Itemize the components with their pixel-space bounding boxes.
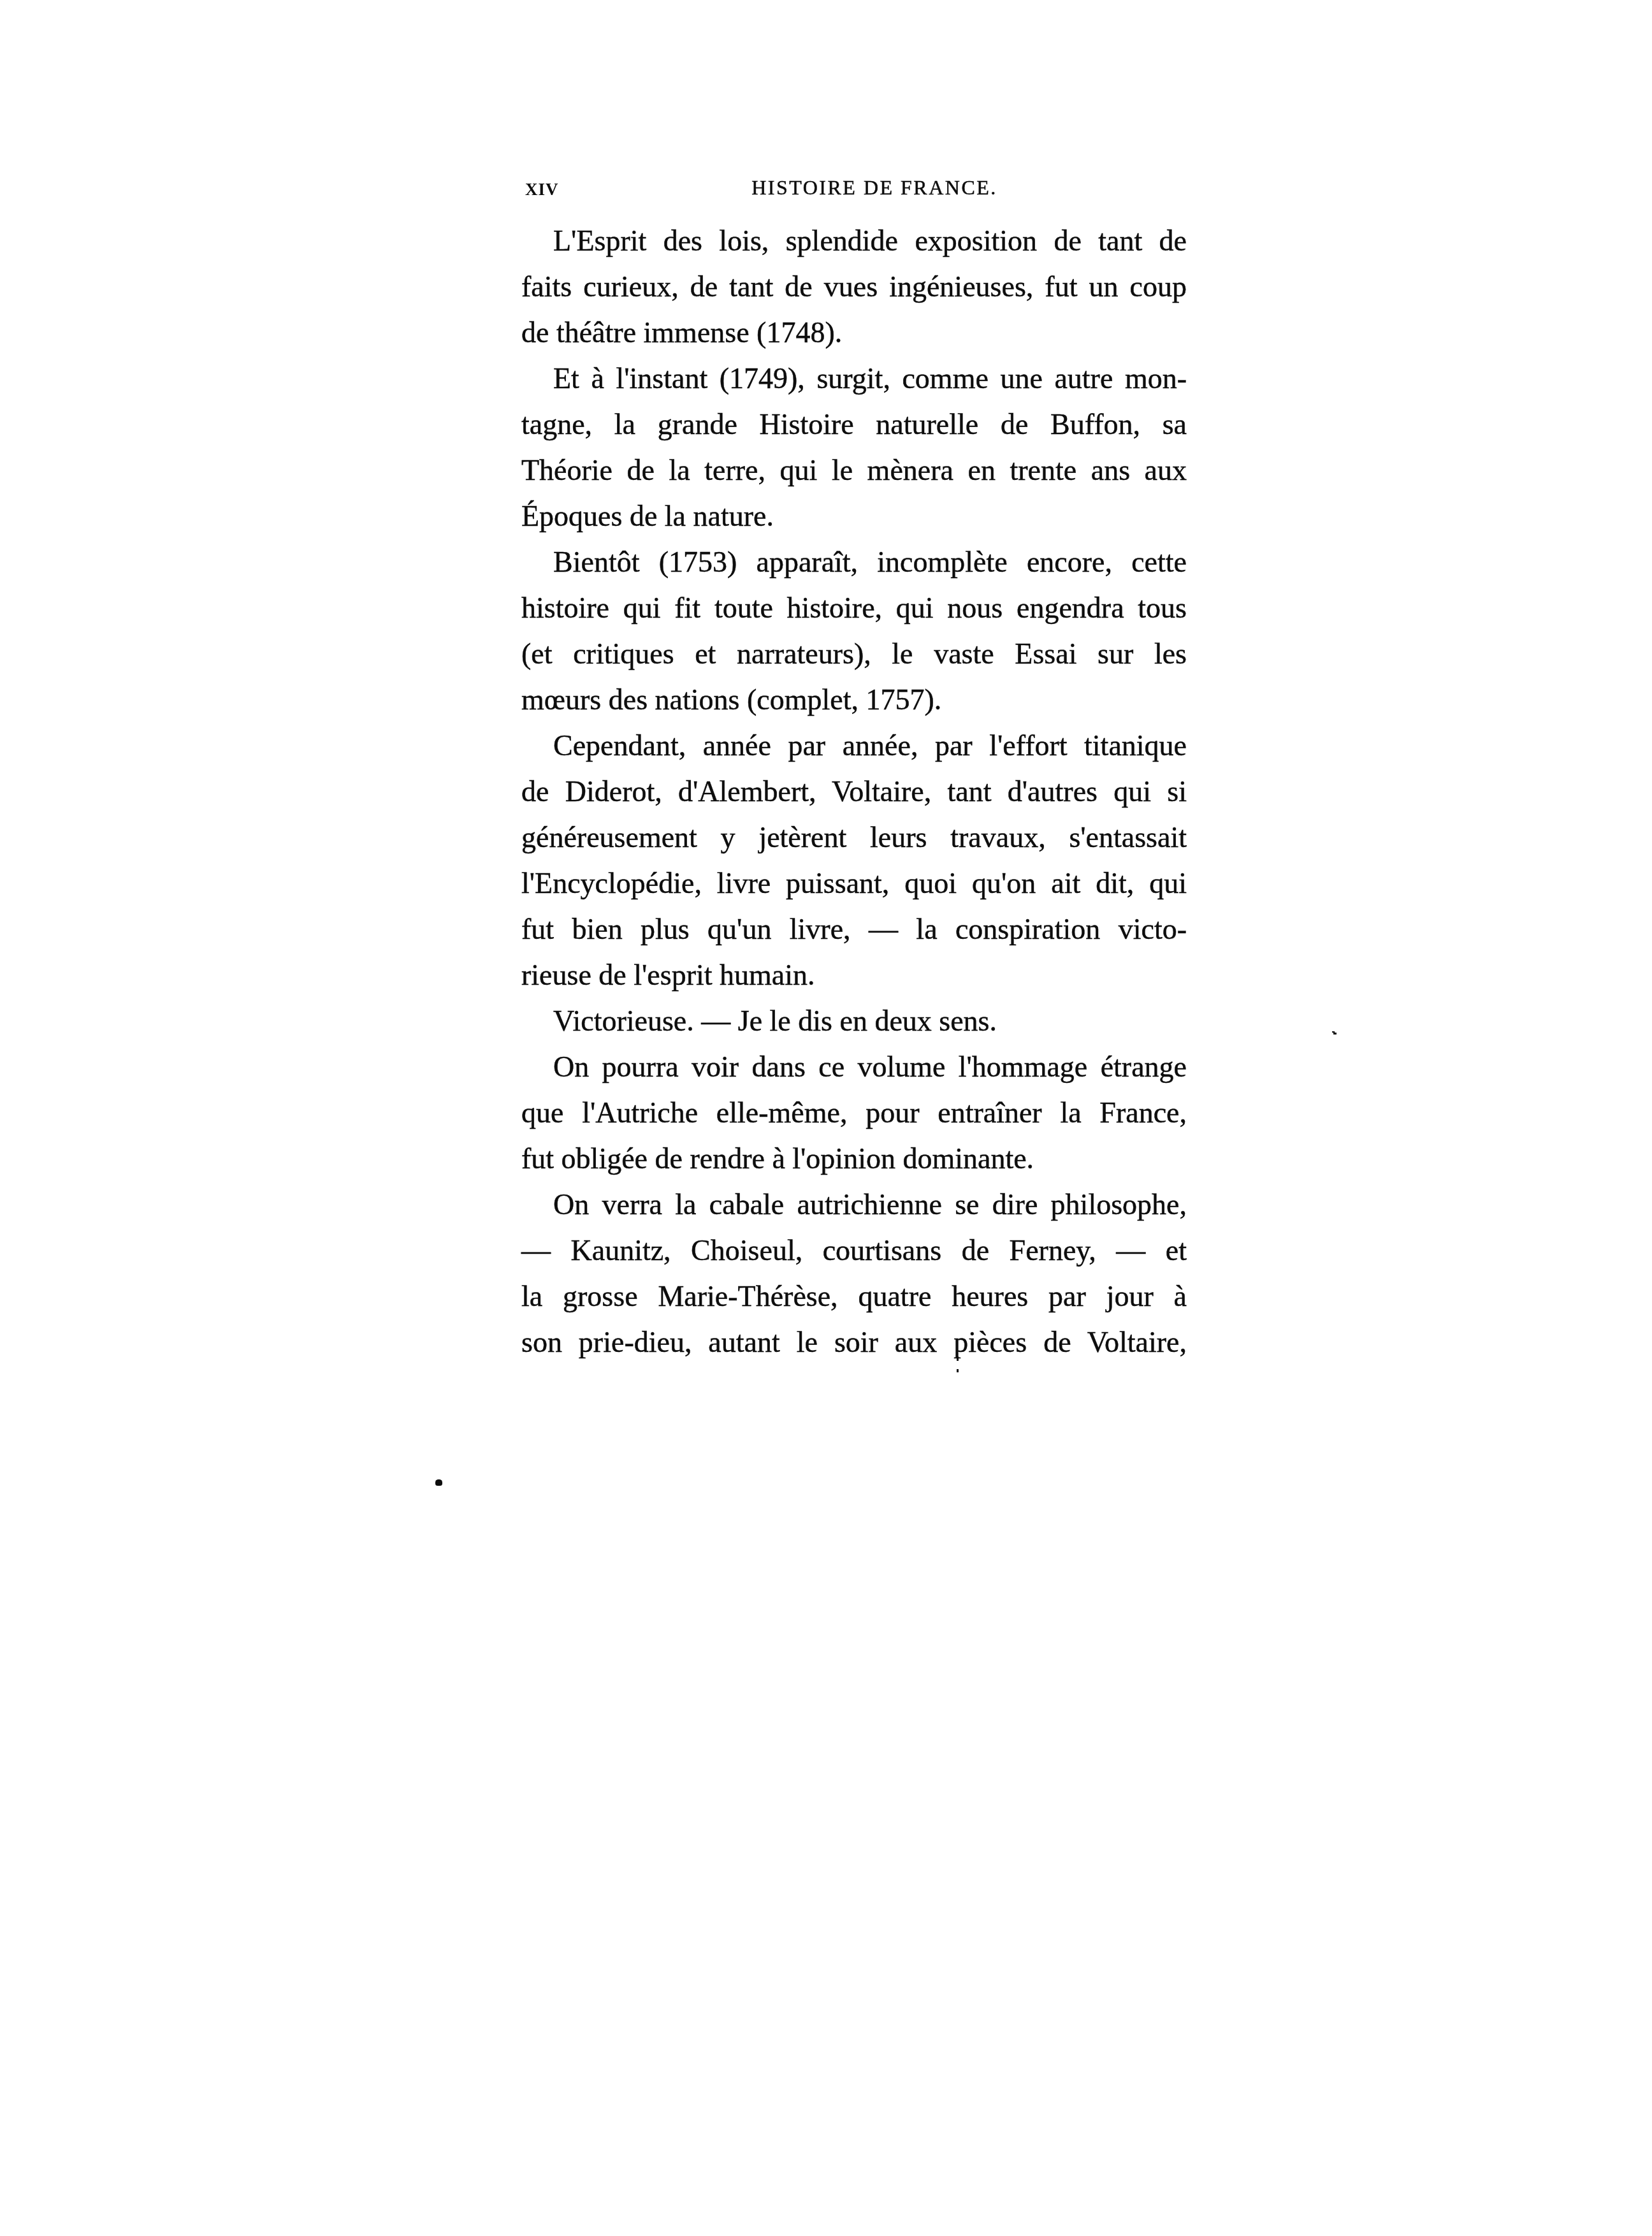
text-line: Victorieuse. — Je le dis en deux sens. [521, 998, 1187, 1044]
paragraph: Bientôt (1753) apparaît, incomplète enco… [521, 539, 1187, 723]
ink-speck [957, 1369, 959, 1372]
running-header: XIV HISTOIRE DE FRANCE. [521, 176, 1187, 201]
text-line: fut bien plus qu'un livre, — la conspira… [521, 906, 1187, 952]
text-line: L'Esprit des lois, splendide exposition … [521, 218, 1187, 264]
text-line: faits curieux, de tant de vues ingénieus… [521, 264, 1187, 310]
text-line: l'Encyclopédie, livre puissant, quoi qu'… [521, 860, 1187, 906]
paragraph: On verra la cabale autrichienne se dire … [521, 1182, 1187, 1365]
text-line: Théorie de la terre, qui le mènera en tr… [521, 447, 1187, 493]
ink-speck [957, 1356, 959, 1361]
body-text: L'Esprit des lois, splendide exposition … [521, 218, 1187, 1365]
text-line: tagne, la grande Histoire naturelle de B… [521, 402, 1187, 447]
paragraph: Cependant, année par année, par l'effort… [521, 723, 1187, 998]
text-line: de théâtre immense (1748). [521, 310, 1187, 356]
text-line: Bientôt (1753) apparaît, incomplète enco… [521, 539, 1187, 585]
text-line: On verra la cabale autrichienne se dire … [521, 1182, 1187, 1228]
text-line: (et critiques et narrateurs), le vaste E… [521, 631, 1187, 677]
text-line: généreusement y jetèrent leurs travaux, … [521, 815, 1187, 860]
text-line: que l'Autriche elle-même, pour entraîner… [521, 1090, 1187, 1136]
text-line: rieuse de l'esprit humain. [521, 952, 1187, 998]
text-line: — Kaunitz, Choiseul, courtisans de Ferne… [521, 1228, 1187, 1274]
book-page: XIV HISTOIRE DE FRANCE. L'Esprit des loi… [0, 0, 1652, 2236]
paragraph: Et à l'instant (1749), surgit, comme une… [521, 356, 1187, 539]
ink-blot-speck [435, 1479, 442, 1486]
text-line: fut obligée de rendre à l'opinion domina… [521, 1136, 1187, 1182]
paragraph: Victorieuse. — Je le dis en deux sens. [521, 998, 1187, 1044]
text-line: Et à l'instant (1749), surgit, comme une… [521, 356, 1187, 402]
text-line: Cependant, année par année, par l'effort… [521, 723, 1187, 769]
text-line: de Diderot, d'Alembert, Voltaire, tant d… [521, 769, 1187, 815]
margin-ink-speck [1332, 1031, 1337, 1035]
text-line: histoire qui fit toute histoire, qui nou… [521, 585, 1187, 631]
paragraph: L'Esprit des lois, splendide exposition … [521, 218, 1187, 356]
text-line: Époques de la nature. [521, 493, 1187, 539]
page-number: XIV [525, 180, 559, 200]
text-line: son prie-dieu, autant le soir aux pièces… [521, 1319, 1187, 1365]
text-line: mœurs des nations (complet, 1757). [521, 677, 1187, 723]
text-line: On pourra voir dans ce volume l'hommage … [521, 1044, 1187, 1090]
paragraph: On pourra voir dans ce volume l'hommage … [521, 1044, 1187, 1182]
text-line: la grosse Marie-Thérèse, quatre heures p… [521, 1274, 1187, 1319]
running-title: HISTOIRE DE FRANCE. [751, 176, 997, 200]
